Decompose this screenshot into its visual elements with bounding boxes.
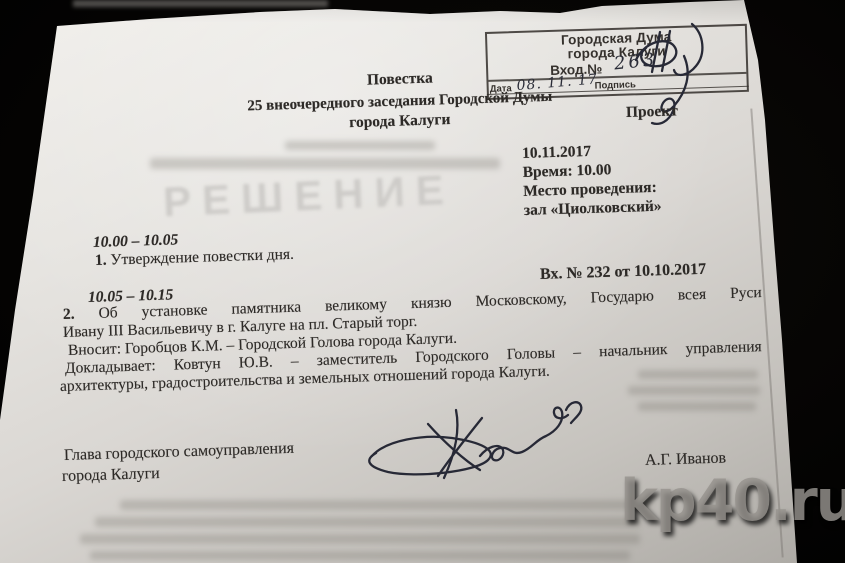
photo-frame: РЕШЕНИЕ Городская Дума города Калуги Вхо… bbox=[0, 0, 845, 563]
official-position-line2: города Калуги bbox=[62, 465, 160, 487]
meeting-meta-block: 10.11.2017 Время: 10.00 Место проведения… bbox=[522, 141, 662, 221]
official-signature-scribble bbox=[358, 398, 588, 496]
background-edge-strip bbox=[73, 0, 328, 7]
agenda-item-1-number: 1. bbox=[95, 252, 107, 269]
ghost-text-bar bbox=[90, 551, 630, 560]
site-watermark: kp40.ru bbox=[620, 468, 845, 534]
ghost-text-bar bbox=[80, 534, 640, 544]
ghost-text-bar bbox=[285, 141, 435, 150]
ghost-text-bar bbox=[95, 517, 640, 527]
ghost-text-bar bbox=[628, 386, 760, 395]
ghost-text-bar bbox=[120, 500, 650, 510]
ghost-text-bar bbox=[638, 402, 756, 411]
agenda-item-2-number: 2. bbox=[63, 306, 75, 323]
ghost-text-bar bbox=[638, 370, 758, 379]
